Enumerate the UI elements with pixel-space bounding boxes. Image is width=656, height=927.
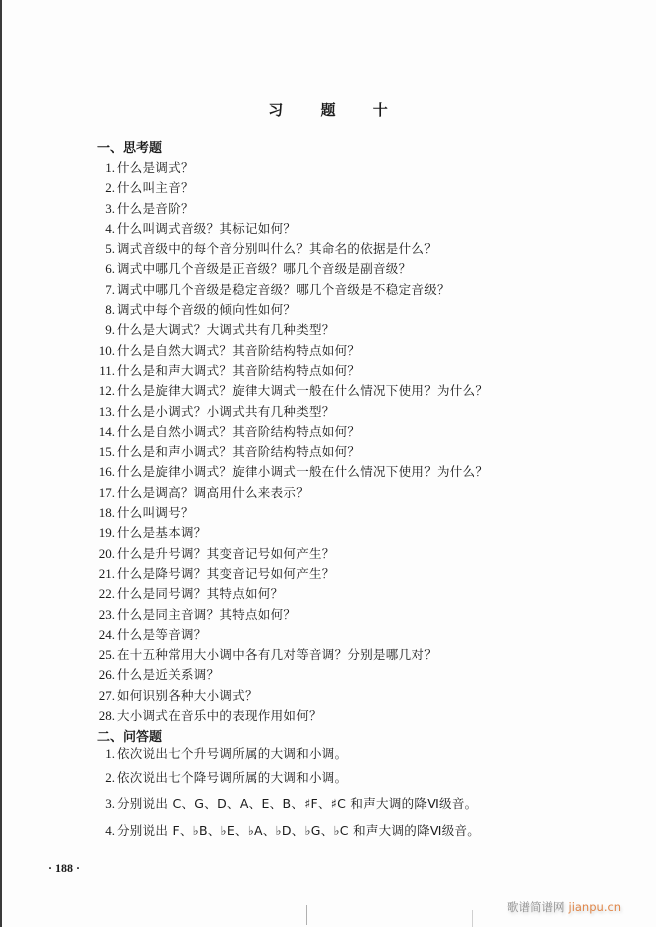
list-item: 14.什么是自然小调式？其音阶结构特点如何？ bbox=[97, 422, 488, 442]
page-number: · 188 · bbox=[48, 861, 80, 876]
item-text: 什么叫调号？ bbox=[117, 503, 194, 523]
page-title: 习 题 十 bbox=[0, 99, 656, 120]
item-number: 13. bbox=[97, 402, 117, 422]
list-item: 24.什么是等音调？ bbox=[97, 625, 488, 645]
item-text: 什么是大调式？大调式共有几种类型？ bbox=[117, 320, 335, 340]
item-text: 什么是降号调？其变音记号如何产生？ bbox=[117, 564, 335, 584]
item-number: 9. bbox=[97, 320, 117, 340]
list-item: 1.依次说出七个升号调所属的大调和小调。 bbox=[97, 742, 480, 766]
list-item: 10.什么是自然大调式？其音阶结构特点如何？ bbox=[97, 341, 488, 361]
list-item: 9.什么是大调式？大调式共有几种类型？ bbox=[97, 320, 488, 340]
scan-left-border bbox=[0, 0, 2, 927]
item-text: 什么是调高？调高用什么来表示？ bbox=[117, 483, 309, 503]
scan-artifact bbox=[306, 905, 307, 925]
item-number: 3. bbox=[97, 789, 117, 816]
item-number: 10. bbox=[97, 341, 117, 361]
item-text: 依次说出七个降号调所属的大调和小调。 bbox=[117, 766, 347, 790]
item-text: 依次说出七个升号调所属的大调和小调。 bbox=[117, 742, 347, 766]
document-page: 习 题 十 一、思考题 1.什么是调式？ 2.什么叫主音？ 3.什么是音阶？ 4… bbox=[0, 0, 656, 927]
item-number: 23. bbox=[97, 605, 117, 625]
list-item: 8.调式中每个音级的倾向性如何？ bbox=[97, 300, 488, 320]
list-item: 11.什么是和声大调式？其音阶结构特点如何？ bbox=[97, 361, 488, 381]
list-item: 5.调式音级中的每个音分别叫什么？其命名的依据是什么？ bbox=[97, 239, 488, 259]
item-number: 19. bbox=[97, 523, 117, 543]
list-item: 2.什么叫主音？ bbox=[97, 178, 488, 198]
item-text: 什么是小调式？小调式共有几种类型？ bbox=[117, 402, 335, 422]
section-heading-thinking-questions: 一、思考题 bbox=[97, 137, 162, 156]
item-number: 7. bbox=[97, 280, 117, 300]
item-text: 调式音级中的每个音分别叫什么？其命名的依据是什么？ bbox=[117, 239, 437, 259]
item-text: 什么是调式？ bbox=[117, 158, 194, 178]
list-item: 12.什么是旋律大调式？旋律大调式一般在什么情况下使用？为什么？ bbox=[97, 381, 488, 401]
item-text: 分别说出 C、G、D、A、E、B、♯F、♯C 和声大调的降Ⅵ级音。 bbox=[117, 789, 477, 816]
item-number: 11. bbox=[97, 361, 117, 381]
item-number: 4. bbox=[97, 219, 117, 239]
item-text: 什么是等音调？ bbox=[117, 625, 207, 645]
item-number: 26. bbox=[97, 665, 117, 685]
item-text: 什么是和声小调式？其音阶结构特点如何？ bbox=[117, 442, 360, 462]
item-number: 2. bbox=[97, 178, 117, 198]
scan-artifact bbox=[472, 910, 473, 927]
item-text: 什么叫调式音级？其标记如何？ bbox=[117, 219, 296, 239]
item-text: 大小调式在音乐中的表现作用如何？ bbox=[117, 706, 322, 726]
list-item: 2.依次说出七个降号调所属的大调和小调。 bbox=[97, 766, 480, 790]
list-item: 20.什么是升号调？其变音记号如何产生？ bbox=[97, 544, 488, 564]
item-number: 2. bbox=[97, 766, 117, 790]
item-number: 28. bbox=[97, 706, 117, 726]
item-text: 什么是升号调？其变音记号如何产生？ bbox=[117, 544, 335, 564]
item-text: 什么是近关系调？ bbox=[117, 665, 219, 685]
list-item: 17.什么是调高？调高用什么来表示？ bbox=[97, 483, 488, 503]
item-text: 什么是自然大调式？其音阶结构特点如何？ bbox=[117, 341, 360, 361]
item-text: 什么是音阶？ bbox=[117, 199, 194, 219]
item-number: 21. bbox=[97, 564, 117, 584]
list-item: 25.在十五种常用大小调中各有几对等音调？分别是哪几对？ bbox=[97, 645, 488, 665]
item-number: 14. bbox=[97, 422, 117, 442]
list-item: 4.什么叫调式音级？其标记如何？ bbox=[97, 219, 488, 239]
list-item: 22.什么是同号调？其特点如何？ bbox=[97, 584, 488, 604]
item-number: 8. bbox=[97, 300, 117, 320]
item-number: 5. bbox=[97, 239, 117, 259]
item-text: 什么是同号调？其特点如何？ bbox=[117, 584, 283, 604]
list-item: 3.什么是音阶？ bbox=[97, 199, 488, 219]
item-number: 20. bbox=[97, 544, 117, 564]
item-text: 什么是旋律小调式？旋律小调式一般在什么情况下使用？为什么？ bbox=[117, 462, 488, 482]
list-item: 28.大小调式在音乐中的表现作用如何？ bbox=[97, 706, 488, 726]
item-text: 什么是同主音调？其特点如何？ bbox=[117, 605, 296, 625]
site-watermark: 歌谱简谱网jianpu.cn bbox=[507, 899, 621, 915]
item-number: 3. bbox=[97, 199, 117, 219]
list-item: 18.什么叫调号？ bbox=[97, 503, 488, 523]
list-item: 3.分别说出 C、G、D、A、E、B、♯F、♯C 和声大调的降Ⅵ级音。 bbox=[97, 789, 480, 816]
list-item: 21.什么是降号调？其变音记号如何产生？ bbox=[97, 564, 488, 584]
item-number: 12. bbox=[97, 381, 117, 401]
list-item: 13.什么是小调式？小调式共有几种类型？ bbox=[97, 402, 488, 422]
watermark-url: jianpu.cn bbox=[569, 900, 622, 914]
watermark-site-name: 歌谱简谱网 bbox=[507, 900, 565, 914]
list-item: 7.调式中哪几个音级是稳定音级？哪几个音级是不稳定音级？ bbox=[97, 280, 488, 300]
item-text: 什么是和声大调式？其音阶结构特点如何？ bbox=[117, 361, 360, 381]
item-text: 调式中哪几个音级是稳定音级？哪几个音级是不稳定音级？ bbox=[117, 280, 450, 300]
item-number: 25. bbox=[97, 645, 117, 665]
item-text: 什么是旋律大调式？旋律大调式一般在什么情况下使用？为什么？ bbox=[117, 381, 488, 401]
item-number: 1. bbox=[97, 158, 117, 178]
list-item: 19.什么是基本调？ bbox=[97, 523, 488, 543]
list-item: 1.什么是调式？ bbox=[97, 158, 488, 178]
list-item: 27.如何识别各种大小调式？ bbox=[97, 686, 488, 706]
item-number: 15. bbox=[97, 442, 117, 462]
thinking-questions-list: 1.什么是调式？ 2.什么叫主音？ 3.什么是音阶？ 4.什么叫调式音级？其标记… bbox=[97, 158, 488, 726]
list-item: 23.什么是同主音调？其特点如何？ bbox=[97, 605, 488, 625]
item-number: 17. bbox=[97, 483, 117, 503]
item-number: 6. bbox=[97, 259, 117, 279]
list-item: 15.什么是和声小调式？其音阶结构特点如何？ bbox=[97, 442, 488, 462]
item-number: 18. bbox=[97, 503, 117, 523]
item-number: 16. bbox=[97, 462, 117, 482]
item-text: 什么叫主音？ bbox=[117, 178, 194, 198]
list-item: 16.什么是旋律小调式？旋律小调式一般在什么情况下使用？为什么？ bbox=[97, 462, 488, 482]
item-text: 在十五种常用大小调中各有几对等音调？分别是哪几对？ bbox=[117, 645, 437, 665]
item-text: 如何识别各种大小调式？ bbox=[117, 686, 258, 706]
item-text: 调式中每个音级的倾向性如何？ bbox=[117, 300, 296, 320]
item-text: 调式中哪几个音级是正音级？哪几个音级是副音级？ bbox=[117, 259, 411, 279]
item-number: 1. bbox=[97, 742, 117, 766]
list-item: 4.分别说出 F、♭B、♭E、♭A、♭D、♭G、♭C 和声大调的降Ⅵ级音。 bbox=[97, 816, 480, 843]
qa-questions-list: 1.依次说出七个升号调所属的大调和小调。 2.依次说出七个降号调所属的大调和小调… bbox=[97, 742, 480, 843]
item-number: 4. bbox=[97, 816, 117, 843]
item-text: 什么是自然小调式？其音阶结构特点如何？ bbox=[117, 422, 360, 442]
item-text: 分别说出 F、♭B、♭E、♭A、♭D、♭G、♭C 和声大调的降Ⅵ级音。 bbox=[117, 816, 480, 843]
item-text: 什么是基本调？ bbox=[117, 523, 207, 543]
item-number: 24. bbox=[97, 625, 117, 645]
list-item: 6.调式中哪几个音级是正音级？哪几个音级是副音级？ bbox=[97, 259, 488, 279]
item-number: 22. bbox=[97, 584, 117, 604]
item-number: 27. bbox=[97, 686, 117, 706]
list-item: 26.什么是近关系调？ bbox=[97, 665, 488, 685]
